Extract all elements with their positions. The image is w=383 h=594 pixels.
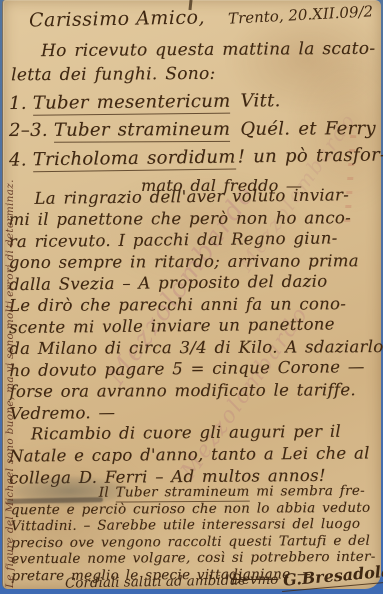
text-segment: Il bbox=[99, 485, 116, 501]
species-authority: ! un pò trasfor- bbox=[237, 144, 383, 167]
closing-phrase: Cordiali saluti ad ambidue bbox=[65, 572, 246, 591]
text-line: mi il panettone che però non ho anco- bbox=[8, 207, 382, 230]
text-line: eventuale nome volgare, così si potrebbe… bbox=[11, 549, 376, 568]
species-item: 1.Tuber mesentericum Vitt. bbox=[9, 86, 383, 118]
species-number: 1. bbox=[9, 93, 27, 114]
species-number: 2–3. bbox=[9, 120, 48, 141]
text-line: scente mi volle inviare un panettone bbox=[9, 313, 383, 339]
text-line: letta dei funghi. Sono: bbox=[11, 61, 376, 88]
species-name: Tuber stramineum bbox=[116, 484, 250, 503]
text-line: Vittadini. – Sarebbe utile interessarsi … bbox=[11, 516, 376, 535]
text-line: Ho ricevuto questa mattina la scato- bbox=[11, 37, 376, 64]
text-line: ra ricevuto. I pacchi dal Regno giun- bbox=[9, 227, 383, 253]
species-item: 4.Tricholoma sordidum! un pò trasfor- bbox=[9, 141, 383, 174]
species-item: 2–3.Tuber stramineum Quél. et Ferry bbox=[9, 115, 383, 145]
dateline: Trento, 20.XII.09/2 bbox=[227, 2, 373, 28]
text-line: Natale e capo d'anno, tanto a Lei che al bbox=[9, 442, 370, 467]
body-paragraph: La ringrazio dell'aver voluto inviar- mi… bbox=[8, 185, 383, 423]
text-segment: mi sembra fre- bbox=[250, 483, 365, 500]
margin-note-vertical: Le figure del Michael sono buone, ma vi … bbox=[4, 160, 16, 588]
species-authority: Vitt. bbox=[232, 90, 280, 112]
postcard-paper: Mezzolombardo Mezzolombardo Mezzolombard… bbox=[2, 0, 381, 589]
text-line: Il Tuber stramineum mi sembra fre- bbox=[11, 483, 376, 502]
species-name: Tricholoma sordidum bbox=[33, 146, 236, 172]
salutation: Carissimo Amico, bbox=[29, 6, 205, 31]
text-line: da Milano di circa 3/4 di Kilo. A sdazia… bbox=[9, 336, 383, 359]
text-line: ho dovuto pagare 5 = cinque Corone — bbox=[9, 356, 383, 382]
species-name: Tuber mesentericum bbox=[33, 91, 231, 116]
text-line: Ricambio di cuore gli auguri per il bbox=[9, 420, 370, 445]
text-line: La ringrazio dell'aver voluto inviar- bbox=[8, 184, 383, 210]
text-line: gono sempre in ritardo; arrivano prima bbox=[9, 250, 383, 273]
species-list: 1.Tuber mesentericum Vitt. 2–3.Tuber str… bbox=[9, 88, 383, 200]
species-name: Tuber stramineum bbox=[54, 119, 231, 143]
valediction: Devmo bbox=[231, 572, 278, 588]
species-authority: Quél. et Ferry bbox=[232, 118, 376, 140]
text-line: forse ora avranno modificato le tariffe. bbox=[9, 379, 383, 402]
text-line: Le dirò che parecchi anni fa un cono- bbox=[9, 293, 383, 316]
intro-paragraph: Ho ricevuto questa mattina la scato- let… bbox=[11, 37, 376, 88]
text-line: dalla Svezia – A proposito del dazio bbox=[9, 270, 383, 296]
